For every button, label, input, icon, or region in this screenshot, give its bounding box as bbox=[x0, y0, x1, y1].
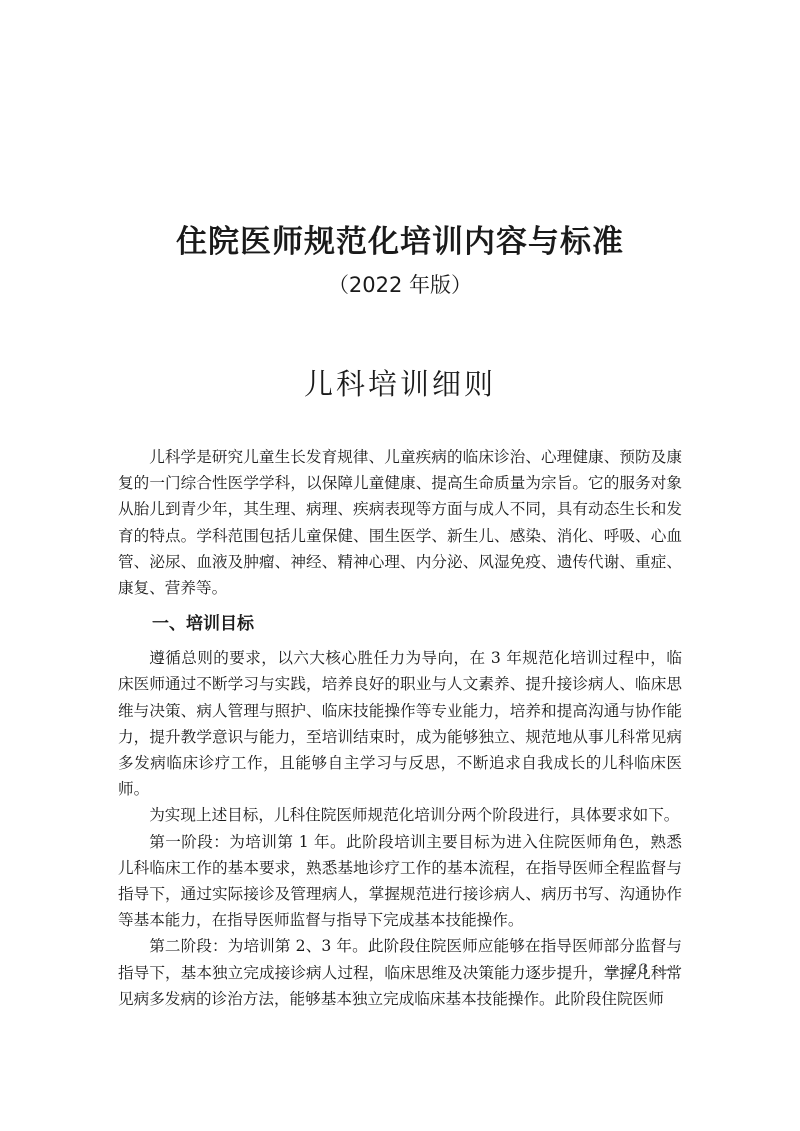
document-page: 住院医师规范化培训内容与标准 （2022 年版） 儿科培训细则 儿科学是研究儿童… bbox=[0, 0, 800, 1131]
document-edition: （2022 年版） bbox=[0, 270, 800, 300]
paragraph-stage-one: 第一阶段：为培训第 1 年。此阶段培训主要目标为进入住院医师角色，熟悉儿科临床工… bbox=[118, 829, 682, 934]
paragraph-goals: 遵循总则的要求，以六大核心胜任力为导向，在 3 年规范化培训过程中，临床医师通过… bbox=[118, 645, 682, 802]
paragraph-stages-intro: 为实现上述目标，儿科住院医师规范化培训分两个阶段进行，具体要求如下。 bbox=[118, 802, 682, 828]
document-title: 住院医师规范化培训内容与标准 bbox=[0, 222, 800, 262]
page-number: — 23 — bbox=[606, 962, 673, 978]
section-heading-training-goals: 一、培训目标 bbox=[118, 611, 682, 637]
document-body: 儿科学是研究儿童生长发育规律、儿童疾病的临床诊治、心理健康、预防及康复的一门综合… bbox=[118, 444, 682, 1012]
chapter-title: 儿科培训细则 bbox=[0, 364, 800, 404]
paragraph-stage-two: 第二阶段：为培训第 2、3 年。此阶段住院医师应能够在指导医师部分监督与指导下，… bbox=[118, 933, 682, 1012]
intro-paragraph: 儿科学是研究儿童生长发育规律、儿童疾病的临床诊治、心理健康、预防及康复的一门综合… bbox=[118, 444, 682, 601]
